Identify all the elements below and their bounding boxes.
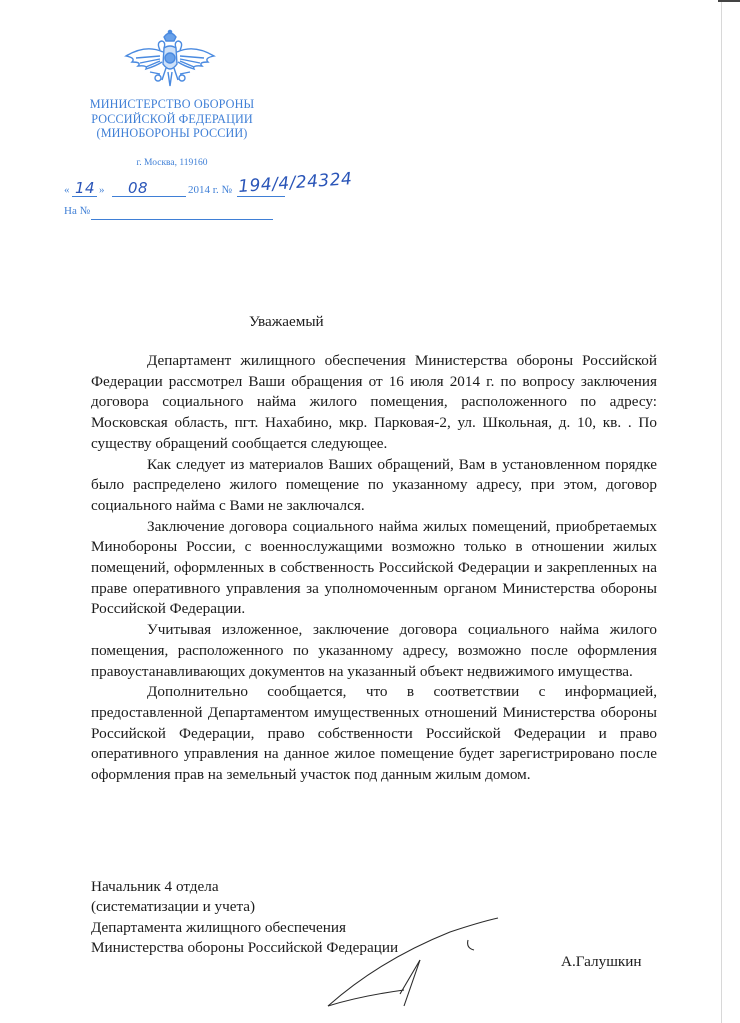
signer-name: А.Галушкин <box>561 953 642 971</box>
close-quote: » <box>99 184 105 196</box>
paragraph-3: Заключение договора социального найма жи… <box>91 517 657 621</box>
paragraph-1: Департамент жилищного обеспечения Минист… <box>91 351 657 455</box>
handwritten-signature <box>320 910 520 1020</box>
letter-body: Департамент жилищного обеспечения Минист… <box>91 351 657 786</box>
org-line-2: РОССИЙСКОЙ ФЕДЕРАЦИИ <box>62 112 282 127</box>
registration-line: « 14 » 08 2014 г. № 194/4/24324 <box>64 178 384 200</box>
city-address: г. Москва, 119160 <box>62 158 282 168</box>
date-month: 08 <box>128 179 148 197</box>
reference-line: На № <box>64 205 90 217</box>
paragraph-4: Учитывая изложенное, заключение договора… <box>91 620 657 682</box>
registration-number: 194/4/24324 <box>238 169 353 197</box>
paragraph-5: Дополнительно сообщается, что в соответс… <box>91 682 657 786</box>
day-underline <box>72 196 97 197</box>
date-day: 14 <box>75 179 95 197</box>
reference-label: На № <box>64 205 90 217</box>
page-edge-line <box>721 0 722 1023</box>
paragraph-2: Как следует из материалов Ваших обращени… <box>91 455 657 517</box>
signer-title-line-1: Начальник 4 отдела <box>91 877 398 897</box>
org-line-1: МИНИСТЕРСТВО ОБОРОНЫ <box>62 97 282 112</box>
reference-underline <box>91 219 273 220</box>
salutation: Уважаемый <box>249 313 324 331</box>
number-underline <box>237 196 285 197</box>
year-label: 2014 г. № <box>188 184 232 196</box>
ministry-name: МИНИСТЕРСТВО ОБОРОНЫ РОССИЙСКОЙ ФЕДЕРАЦИ… <box>62 97 282 141</box>
month-underline <box>112 196 186 197</box>
page-edge-mark <box>718 0 740 2</box>
open-quote: « <box>64 184 70 196</box>
org-line-3: (МИНОБОРОНЫ РОССИИ) <box>62 126 282 141</box>
eagle-emblem-icon <box>122 28 218 90</box>
